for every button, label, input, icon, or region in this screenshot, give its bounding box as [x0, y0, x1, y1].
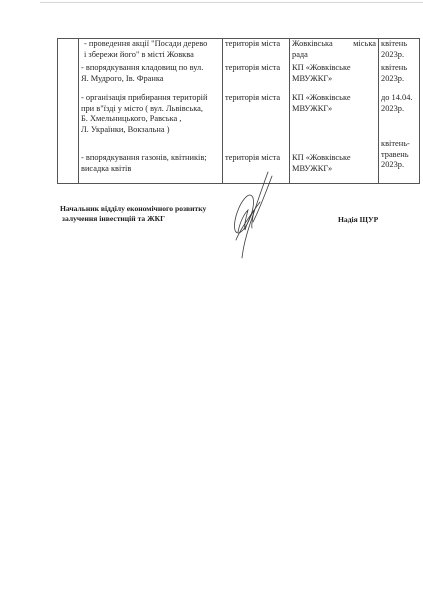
- cell-activity: - впорядкування газонів, квітників; виса…: [79, 139, 223, 184]
- cell-term: квітень- травень 2023р.: [379, 139, 420, 184]
- activity-line: Б. Хмельницького, Равська ,: [81, 114, 220, 125]
- term-line: квітень: [381, 63, 417, 74]
- responsible-line: КП «Жовківське: [292, 63, 376, 74]
- cell-term: квітень 2023р.: [379, 39, 420, 64]
- term-line: травень: [381, 150, 417, 161]
- responsible-line: Жовківська міська: [292, 39, 376, 50]
- cell-number: [58, 39, 79, 64]
- activity-line: - впорядкування газонів, квітників;: [81, 153, 220, 164]
- cell-responsible: КП «Жовківське МВУЖКГ»: [290, 63, 379, 93]
- table-row: - впорядкування кладовищ по вул. Я. Мудр…: [58, 63, 420, 93]
- cell-responsible: КП «Жовківське МВУЖКГ»: [290, 139, 379, 184]
- cell-number: [58, 139, 79, 184]
- activity-line: - проведення акції "Посади дерево: [81, 39, 220, 50]
- cell-place: територія міста: [223, 63, 290, 93]
- cell-activity: - організація прибирання територій при в…: [79, 93, 223, 139]
- activities-table: - проведення акції "Посади дерево і збер…: [57, 38, 420, 184]
- table-row: - організація прибирання територій при в…: [58, 93, 420, 139]
- term-line: 2023р.: [381, 104, 417, 115]
- cell-place: територія міста: [223, 93, 290, 139]
- activity-line: - впорядкування кладовищ по вул.: [81, 63, 220, 74]
- signatory-position: Начальник відділу економічного розвитку …: [60, 204, 206, 224]
- activity-line: і збережи його" в місті Жовква: [81, 50, 220, 61]
- cell-activity: - проведення акції "Посади дерево і збер…: [79, 39, 223, 64]
- responsible-line: МВУЖКГ»: [292, 74, 376, 85]
- position-line: Начальник відділу економічного розвитку: [60, 204, 206, 214]
- term-line: квітень: [381, 39, 417, 50]
- activity-line: Я. Мудрого, Ів. Франка: [81, 74, 220, 85]
- cell-activity: - впорядкування кладовищ по вул. Я. Мудр…: [79, 63, 223, 93]
- table-row: - проведення акції "Посади дерево і збер…: [58, 39, 420, 64]
- cell-place: територія міста: [223, 39, 290, 64]
- responsible-line: МВУЖКГ»: [292, 164, 376, 175]
- signatory-name: Надія ЩУР: [338, 215, 378, 225]
- term-line: 2023р.: [381, 160, 417, 171]
- term-line: 2023р.: [381, 74, 417, 85]
- cell-number: [58, 63, 79, 93]
- responsible-line: МВУЖКГ»: [292, 104, 376, 115]
- activity-line: - організація прибирання територій: [81, 93, 220, 104]
- activity-line: висадка квітів: [81, 164, 220, 175]
- term-line: 2023р.: [381, 50, 417, 61]
- term-line: квітень-: [381, 139, 417, 150]
- activity-line: Л. Українки, Вокзальна ): [81, 125, 220, 136]
- responsible-line: КП «Жовківське: [292, 93, 376, 104]
- cell-number: [58, 93, 79, 139]
- scan-edge-line: [40, 2, 423, 3]
- position-line: залучення інвестицій та ЖКГ: [60, 214, 206, 224]
- responsible-line: КП «Жовківське: [292, 153, 376, 164]
- handwritten-signature-icon: [226, 170, 276, 260]
- cell-responsible: Жовківська міська рада: [290, 39, 379, 64]
- cell-responsible: КП «Жовківське МВУЖКГ»: [290, 93, 379, 139]
- activity-line: при в"їзді у місто ( вул. Львівська,: [81, 104, 220, 115]
- responsible-line: рада: [292, 50, 376, 61]
- cell-term: квітень 2023р.: [379, 63, 420, 93]
- cell-term: до 14.04. 2023р.: [379, 93, 420, 139]
- term-line: до 14.04.: [381, 93, 417, 104]
